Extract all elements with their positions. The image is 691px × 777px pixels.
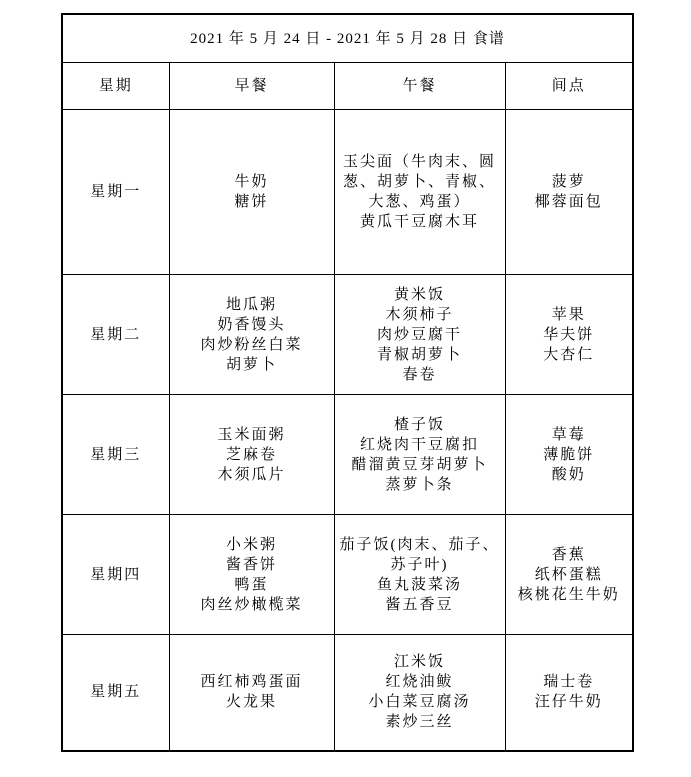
- table-row: 星期一 牛奶 糖饼 玉尖面（牛肉末、圆 葱、胡萝卜、青椒、 大葱、鸡蛋） 黄瓜干…: [62, 110, 633, 275]
- header-lunch: 午餐: [334, 63, 505, 110]
- lunch-cell: 黄米饭 木须柿子 肉炒豆腐干 青椒胡萝卜 春卷: [334, 275, 505, 395]
- table-row: 星期五 西红柿鸡蛋面 火龙果 江米饭 红烧油鲅 小白菜豆腐汤 素炒三丝 瑞士卷 …: [62, 635, 633, 751]
- header-weekday: 星期: [62, 63, 169, 110]
- header-snack: 间点: [505, 63, 633, 110]
- weekday-cell: 星期二: [62, 275, 169, 395]
- weekday-cell: 星期一: [62, 110, 169, 275]
- snack-cell: 菠萝 椰蓉面包: [505, 110, 633, 275]
- table-row: 星期四 小米粥 酱香饼 鸭蛋 肉丝炒橄榄菜 茄子饭(肉末、茄子、 苏子叶) 鱼丸…: [62, 515, 633, 635]
- table-row: 星期二 地瓜粥 奶香馒头 肉炒粉丝白菜 胡萝卜 黄米饭 木须柿子 肉炒豆腐干 青…: [62, 275, 633, 395]
- snack-cell: 香蕉 纸杯蛋糕 核桃花生牛奶: [505, 515, 633, 635]
- lunch-cell: 茄子饭(肉末、茄子、 苏子叶) 鱼丸菠菜汤 酱五香豆: [334, 515, 505, 635]
- breakfast-cell: 牛奶 糖饼: [169, 110, 334, 275]
- meal-schedule-sheet: 2021 年 5 月 24 日 - 2021 年 5 月 28 日 食谱 星期 …: [0, 0, 691, 777]
- snack-cell: 苹果 华夫饼 大杏仁: [505, 275, 633, 395]
- weekday-cell: 星期三: [62, 395, 169, 515]
- header-breakfast: 早餐: [169, 63, 334, 110]
- schedule-title: 2021 年 5 月 24 日 - 2021 年 5 月 28 日 食谱: [62, 14, 633, 63]
- lunch-cell: 江米饭 红烧油鲅 小白菜豆腐汤 素炒三丝: [334, 635, 505, 751]
- breakfast-cell: 小米粥 酱香饼 鸭蛋 肉丝炒橄榄菜: [169, 515, 334, 635]
- meal-schedule-table: 2021 年 5 月 24 日 - 2021 年 5 月 28 日 食谱 星期 …: [61, 13, 634, 752]
- snack-cell: 草莓 薄脆饼 酸奶: [505, 395, 633, 515]
- table-row: 星期三 玉米面粥 芝麻卷 木须瓜片 楂子饭 红烧肉干豆腐扣 醋溜黄豆芽胡萝卜 蒸…: [62, 395, 633, 515]
- table-row: 星期 早餐 午餐 间点: [62, 63, 633, 110]
- weekday-cell: 星期五: [62, 635, 169, 751]
- lunch-cell: 楂子饭 红烧肉干豆腐扣 醋溜黄豆芽胡萝卜 蒸萝卜条: [334, 395, 505, 515]
- snack-cell: 瑞士卷 汪仔牛奶: [505, 635, 633, 751]
- table-row: 2021 年 5 月 24 日 - 2021 年 5 月 28 日 食谱: [62, 14, 633, 63]
- breakfast-cell: 西红柿鸡蛋面 火龙果: [169, 635, 334, 751]
- weekday-cell: 星期四: [62, 515, 169, 635]
- lunch-cell: 玉尖面（牛肉末、圆 葱、胡萝卜、青椒、 大葱、鸡蛋） 黄瓜干豆腐木耳: [334, 110, 505, 275]
- breakfast-cell: 地瓜粥 奶香馒头 肉炒粉丝白菜 胡萝卜: [169, 275, 334, 395]
- breakfast-cell: 玉米面粥 芝麻卷 木须瓜片: [169, 395, 334, 515]
